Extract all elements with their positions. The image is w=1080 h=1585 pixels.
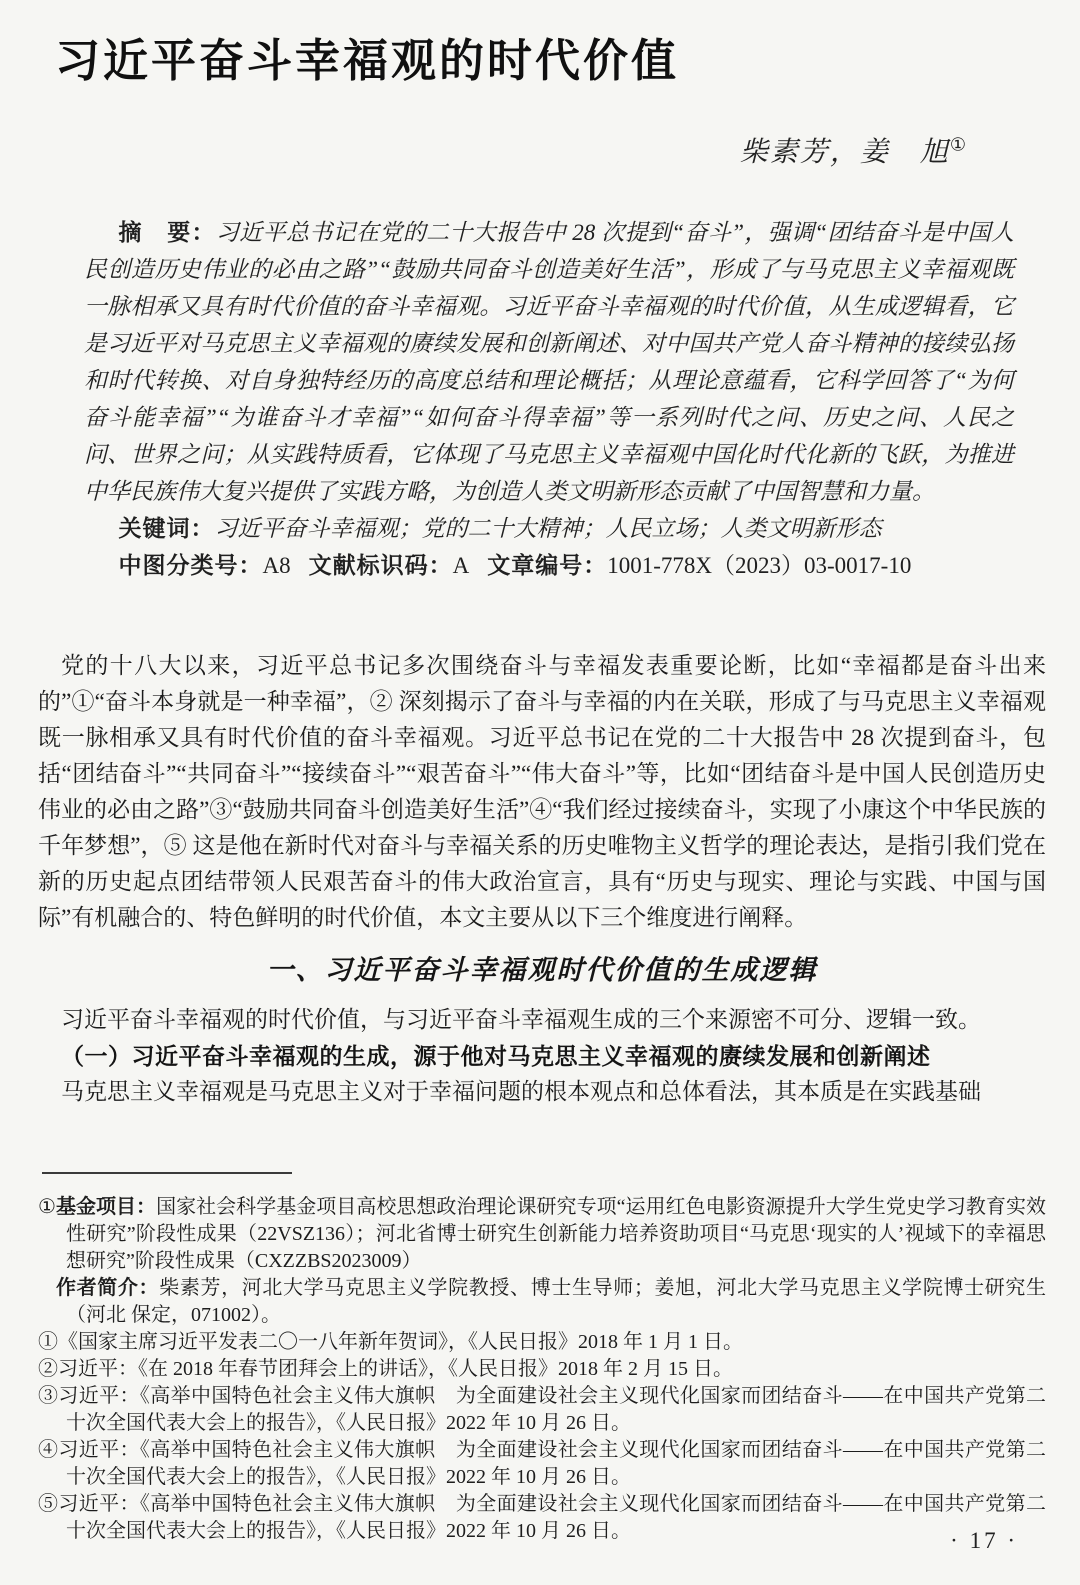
footnote-prefix: 习近平： xyxy=(58,1493,140,1515)
article-no-value: 1001-778X（2023）03-0017-10 xyxy=(607,553,929,578)
footnote-marker: ⑤ xyxy=(38,1493,58,1515)
keywords-line: 关键词：习近平奋斗幸福观；党的二十大精神；人民立场；人类文明新形态 xyxy=(84,510,1014,547)
footnote-marker: ③ xyxy=(38,1385,58,1407)
article-page: 习近平奋斗幸福观的时代价值 柴素芳，姜 旭① 摘 要：习近平总书记在党的二十大报… xyxy=(0,0,1080,1585)
footnote-label: 作者简介： xyxy=(56,1277,159,1299)
footnote-text: 《高举中国特色社会主义伟大旗帜 为全面建设社会主义现代化国家而团结奋斗——在中国… xyxy=(66,1439,1046,1488)
meta-line: 中图分类号：A8文献标识码：A文章编号：1001-778X（2023）03-00… xyxy=(84,547,1014,584)
abstract-block: 摘 要：习近平总书记在党的二十大报告中 28 次提到“奋斗”，强调“团结奋斗是中… xyxy=(84,214,1014,584)
footnote-prefix: 习近平： xyxy=(58,1439,140,1461)
footnote-fund-project: ①基金项目：国家社会科学基金项目高校思想政治理论课研究专项“运用红色电影资源提升… xyxy=(38,1194,1046,1275)
clc-label: 中图分类号： xyxy=(119,552,263,578)
section-1-heading: 一、习近平奋斗幸福观时代价值的生成逻辑 xyxy=(38,952,1046,988)
footnote-marker: ① xyxy=(38,1196,56,1218)
keywords-label: 关键词： xyxy=(119,515,215,541)
abstract-paragraph: 摘 要：习近平总书记在党的二十大报告中 28 次提到“奋斗”，强调“团结奋斗是中… xyxy=(84,214,1014,510)
footnote-citation-1: ①《国家主席习近平发表二〇一八年新年贺词》，《人民日报》2018 年 1 月 1… xyxy=(38,1329,1046,1356)
abstract-text: 习近平总书记在党的二十大报告中 28 次提到“奋斗”，强调“团结奋斗是中国人民创… xyxy=(84,220,1014,504)
article-no-label: 文章编号： xyxy=(487,552,607,578)
footnote-citation-2: ②习近平：《在 2018 年春节团拜会上的讲话》，《人民日报》2018 年 2 … xyxy=(38,1356,1046,1383)
footnote-prefix: 习近平： xyxy=(58,1385,140,1407)
footnote-text: 习近平：《在 2018 年春节团拜会上的讲话》，《人民日报》2018 年 2 月… xyxy=(58,1358,733,1380)
doc-code-value: A xyxy=(453,553,488,578)
footnote-citation-4: ④习近平：《高举中国特色社会主义伟大旗帜 为全面建设社会主义现代化国家而团结奋斗… xyxy=(38,1437,1046,1491)
author-line: 柴素芳，姜 旭① xyxy=(0,130,968,170)
footnote-marker: ① xyxy=(38,1331,58,1353)
clc-value: A8 xyxy=(263,553,309,578)
footnote-text: 《高举中国特色社会主义伟大旗帜 为全面建设社会主义现代化国家而团结奋斗——在中国… xyxy=(66,1493,1046,1542)
author-names: 柴素芳，姜 旭 xyxy=(740,137,950,168)
footnote-text: 《国家主席习近平发表二〇一八年新年贺词》，《人民日报》2018 年 1 月 1 … xyxy=(58,1331,743,1353)
body-paragraph-3: 马克思主义幸福观是马克思主义对于幸福问题的根本观点和总体看法，其本质是在实践基础 xyxy=(38,1074,1046,1110)
body-paragraph-2: 习近平奋斗幸福观的时代价值，与习近平奋斗幸福观生成的三个来源密不可分、逻辑一致。 xyxy=(38,1002,1046,1038)
keywords-text: 习近平奋斗幸福观；党的二十大精神；人民立场；人类文明新形态 xyxy=(215,516,882,541)
subsection-1-1-heading: （一）习近平奋斗幸福观的生成，源于他对马克思主义幸福观的赓续发展和创新阐述 xyxy=(38,1038,1046,1074)
footnote-marker: ④ xyxy=(38,1439,58,1461)
footnote-text: 《高举中国特色社会主义伟大旗帜 为全面建设社会主义现代化国家而团结奋斗——在中国… xyxy=(66,1385,1046,1434)
article-title: 习近平奋斗幸福观的时代价值 xyxy=(55,24,1040,89)
footnote-separator-rule xyxy=(42,1172,292,1174)
footnote-text: 国家社会科学基金项目高校思想政治理论课研究专项“运用红色电影资源提升大学生党史学… xyxy=(66,1196,1046,1272)
footnote-author-bio: 作者简介：柴素芳，河北大学马克思主义学院教授、博士生导师；姜旭，河北大学马克思主… xyxy=(38,1275,1046,1329)
author-note-marker: ① xyxy=(950,135,968,155)
doc-code-label: 文献标识码： xyxy=(309,552,453,578)
abstract-label: 摘 要： xyxy=(119,219,216,245)
page-number: · 17 · xyxy=(950,1528,1018,1554)
footnote-label: 基金项目： xyxy=(56,1196,156,1218)
article-body: 党的十八大以来，习近平总书记多次围绕奋斗与幸福发表重要论断，比如“幸福都是奋斗出… xyxy=(38,648,1046,1168)
body-paragraph-1: 党的十八大以来，习近平总书记多次围绕奋斗与幸福发表重要论断，比如“幸福都是奋斗出… xyxy=(38,648,1046,936)
footnote-text: 柴素芳，河北大学马克思主义学院教授、博士生导师；姜旭，河北大学马克思主义学院博士… xyxy=(66,1277,1046,1326)
footnote-marker: ② xyxy=(38,1358,58,1380)
footnote-citation-3: ③习近平：《高举中国特色社会主义伟大旗帜 为全面建设社会主义现代化国家而团结奋斗… xyxy=(38,1383,1046,1437)
footnotes-block: ①基金项目：国家社会科学基金项目高校思想政治理论课研究专项“运用红色电影资源提升… xyxy=(38,1194,1046,1545)
footnote-citation-5: ⑤习近平：《高举中国特色社会主义伟大旗帜 为全面建设社会主义现代化国家而团结奋斗… xyxy=(38,1491,1046,1545)
